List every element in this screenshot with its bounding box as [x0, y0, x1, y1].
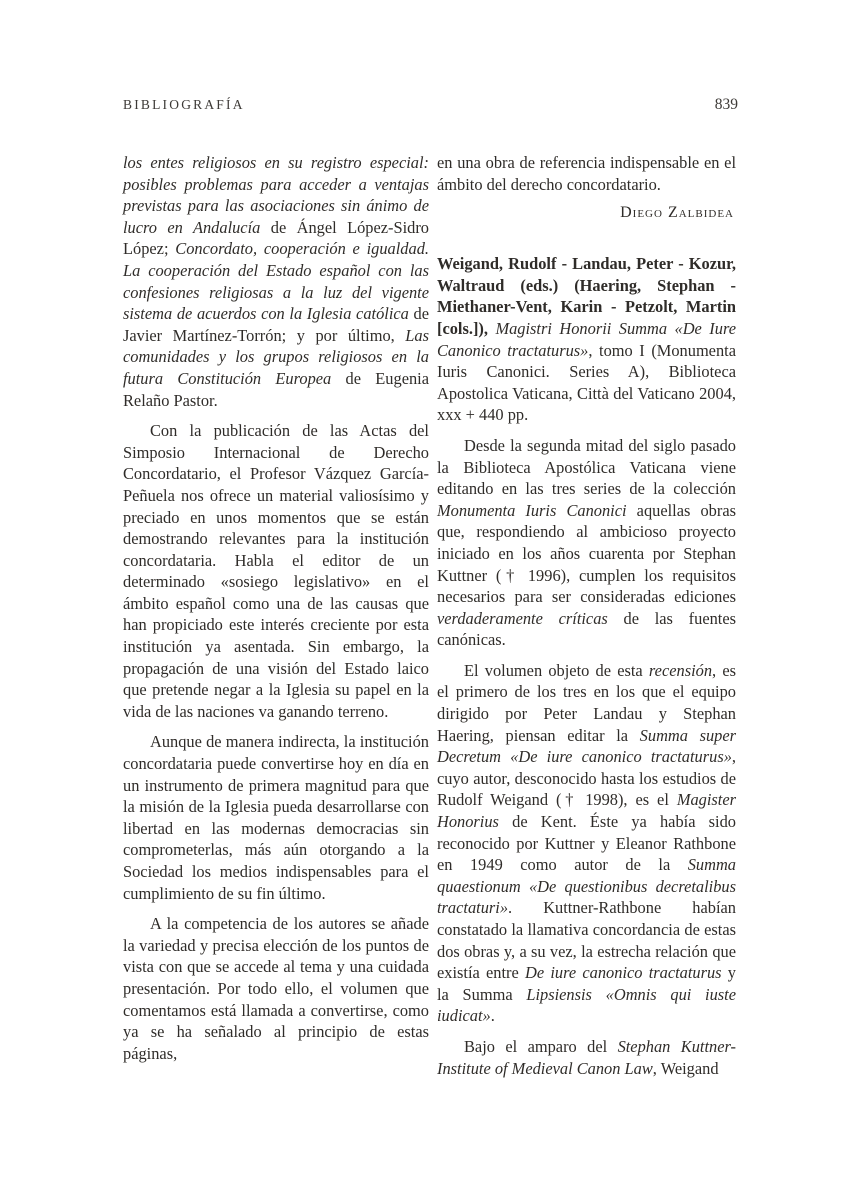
text-run: verdaderamente críticas — [437, 609, 608, 628]
text-run: Aunque de manera indirecta, la instituci… — [123, 732, 429, 902]
review-continuation-paragraph: los entes religiosos en su registro espe… — [123, 152, 429, 411]
document-page: BIBLIOGRAFÍA 839 los entes religiosos en… — [0, 0, 851, 1200]
text-run: Bajo el amparo del — [464, 1037, 618, 1056]
text-run: El volumen objeto de esta — [464, 661, 649, 680]
page-header: BIBLIOGRAFÍA 839 — [123, 96, 738, 114]
review-body-paragraph: Con la publicación de las Actas del Simp… — [123, 420, 429, 722]
bibliography-entry-heading: Weigand, Rudolf - Landau, Peter - Kozur,… — [437, 253, 736, 426]
review-body-paragraph: Desde la segunda mitad del siglo pasado … — [437, 435, 736, 651]
reviewer-signature: Diego Zalbidea — [437, 204, 734, 222]
review-body-paragraph: Bajo el amparo del Stephan Kuttner-Insti… — [437, 1036, 736, 1079]
text-run: Desde la segunda mitad del siglo pasado … — [437, 436, 736, 498]
text-run: Con la publicación de las Actas del Simp… — [123, 421, 429, 721]
text-run: . — [491, 1006, 495, 1025]
text-column-left: los entes religiosos en su registro espe… — [123, 152, 429, 1073]
review-body-paragraph: El volumen objeto de esta recensión, es … — [437, 660, 736, 1027]
running-head-section-title: BIBLIOGRAFÍA — [123, 97, 245, 113]
page-number: 839 — [715, 96, 738, 114]
text-run: en una obra de referencia indispensable … — [437, 153, 736, 194]
review-body-paragraph: Aunque de manera indirecta, la instituci… — [123, 731, 429, 904]
text-column-right: en una obra de referencia indispensable … — [437, 152, 736, 1088]
text-run: Monumenta Iuris Canonici — [437, 501, 627, 520]
text-run: A la competencia de los autores se añade… — [123, 914, 429, 1063]
text-run: , Weigand — [653, 1059, 719, 1078]
review-closing-paragraph: en una obra de referencia indispensable … — [437, 152, 736, 195]
text-run: recensión — [649, 661, 712, 680]
text-run: De iure canonico tractaturus — [525, 963, 722, 982]
review-body-paragraph: A la competencia de los autores se añade… — [123, 913, 429, 1064]
